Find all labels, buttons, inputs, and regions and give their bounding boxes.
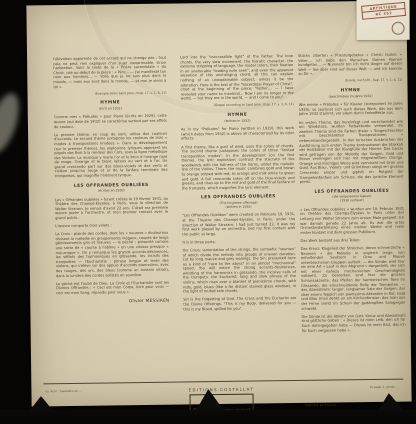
column-french: l'élévation apparente de cet accord qui … [53, 56, 169, 306]
english-offrandes-paragraph-1: "Les Offrandes Oubliées" were created on… [182, 212, 295, 236]
english-offrandes-subtitle-2: (written in 1930) [182, 205, 295, 210]
bottom-dark-edge [0, 410, 416, 424]
french-offrandes-paragraph-1: Les « Offrandes oubliées » furent créées… [55, 196, 168, 220]
english-offrandes-paragraph-3: the Cross: lamentation of the strings, t… [183, 247, 297, 294]
english-hymne-paragraph-1: As in my "Préludes" for Piano (written i… [181, 126, 294, 141]
german-hymne-paragraph-1: Wie meine « Préludes » für Klavier (komp… [299, 102, 403, 117]
english-offrandes-paragraph-4: Sin is the forgetting of God. The Cross … [183, 296, 296, 311]
french-scripture-reference: (Évangile selon Saint Jean, chap. 17, v.… [54, 91, 167, 96]
german-continuation-paragraph: Stücks zitierten « Priestergebetes » Chr… [298, 53, 402, 77]
footer-divider [43, 379, 403, 385]
french-offrandes-paragraph-3: La Croix : plainte des cordes, dont les … [55, 231, 169, 278]
column-german: Stücks zitierten « Priestergebetes » Chr… [298, 53, 406, 337]
record-sleeve: l'élévation apparente de cet accord qui … [26, 1, 411, 407]
german-offrandes-subtitle-2: (1930 verfasst) [300, 199, 404, 204]
left-edge-reflection [0, 90, 25, 157]
german-hymne-paragraph-2: Im ersten Thema, das hereinfegt und vers… [299, 119, 404, 185]
english-hymne-subtitle: (written in 1932) [181, 119, 294, 124]
english-offrandes-paragraph-2: It is in three parts: [182, 239, 295, 245]
publisher-name: EDITIONS COSTALLAT [31, 384, 411, 394]
price-sticker: ARTISTIQUE RC 352 [357, 0, 410, 40]
french-hymne-subtitle: (écrit en 1932) [54, 107, 167, 112]
french-hymne-paragraph-2: Le premier thème, en coup de vent, utili… [54, 131, 168, 178]
french-continuation-paragraph: l'élévation apparente de cet accord qui … [53, 56, 166, 90]
print-note: imprimé en France [305, 404, 336, 407]
author-signature: Olivier MESSIAEN [56, 299, 169, 306]
german-offrandes-paragraph-4: Die Sünde ist die Abkehr von Gott. Kreuz… [301, 313, 405, 333]
english-scripture-reference: (Gospel according to Saint John, chap. 1… [181, 103, 294, 108]
rectangular-stamp: ARTISTIQUE RC 352 [361, 2, 406, 20]
german-offrandes-paragraph-2: Das Werk besteht aus drei Teilen: [300, 237, 404, 243]
column-english: Lord into the "inaccessible light" of th… [180, 54, 296, 315]
german-offrandes-paragraph-3: Das Kreuz: Klagelied der Streicher, dere… [301, 245, 406, 311]
footer-right-credit: en page 4 : photo … [370, 385, 399, 389]
english-continuation-paragraph: Lord into the "inaccessible light" of th… [180, 54, 294, 101]
french-offrandes-subtitle: (écrites en 1930) [55, 189, 168, 194]
album-back-cover-photo: l'élévation apparente de cet accord qui … [0, 0, 416, 424]
french-hymne-paragraph-1: Comme mes « Préludes » pour Piano (écrit… [54, 114, 167, 129]
circular-stamp-icon [392, 22, 405, 35]
french-offrandes-paragraph-4: Le péché est l'oubli de Dieu. La Croix e… [56, 280, 169, 295]
english-hymne-paragraph-2: A first theme, like a gust of wind, uses… [181, 144, 295, 191]
german-scripture-reference: (Evang. nach Joh., Kap. 17, v. 1, 6, 11) [298, 79, 402, 84]
german-hymne-subtitle: (geschrieben im Jahre 1932) [299, 94, 403, 99]
german-offrandes-paragraph-1: « Les Offrandes oubliées » wurden am 19.… [300, 206, 404, 235]
french-offrandes-paragraph-2: L'œuvre comporte trois volets : [55, 223, 168, 229]
